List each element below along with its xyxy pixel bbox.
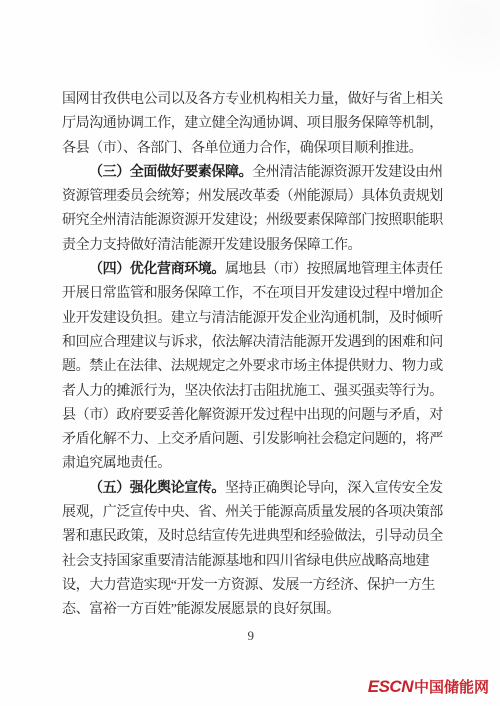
document-line: 设，大力营造实现“开发一方资源、发展一方经济、保护一方生 (62, 574, 440, 598)
document-line: （四）优化营商环境。属地县（市）按照属地管理主体责任 (62, 258, 440, 282)
text-segment: 各县（市）、各部门、各单位通力合作，确保项目顺利推进。 (62, 141, 422, 156)
text-segment: 肃追究属地责任。 (62, 456, 171, 471)
document-line: （三）全面做好要素保障。全州清洁能源资源开发建设由州 (62, 161, 440, 185)
escn-logo: ESCN中国储能网 (368, 677, 489, 697)
document-line: 署和惠民政策，及时总结宣传先进典型和经验做法，引导动员全 (62, 525, 440, 549)
document-line: 资源管理委员会统筹；州发展改革委（州能源局）具体负责规划 (62, 185, 440, 209)
escn-logo-zh: 中国储能网 (414, 679, 489, 696)
text-segment: 设，大力营造实现“开发一方资源、发展一方经济、保护一方生 (62, 578, 435, 593)
document-line: 肃追究属地责任。 (62, 452, 440, 476)
document-line: 业开发建设负担。建立与清洁能源开发企业沟通机制，及时倾听 (62, 307, 440, 331)
document-body: 国网甘孜供电公司以及各方专业机构相关力量，做好与省上相关厅局沟通协调工作，建立健… (62, 88, 440, 623)
document-line: 各县（市）、各部门、各单位通力合作，确保项目顺利推进。 (62, 137, 440, 161)
text-segment: 国网甘孜供电公司以及各方专业机构相关力量，做好与省上相关 (62, 92, 443, 107)
document-line: 责全力支持做好清洁能源开发建设服务保障工作。 (62, 234, 440, 258)
text-segment: 矛盾化解不力、上交矛盾问题、引发影响社会稳定问题的，将严 (62, 432, 443, 447)
text-segment: 坚持正确舆论导向，深入宣传安全发 (225, 481, 443, 496)
text-segment: 社会支持国家重要清洁能源基地和四川省绿电供应战略高地建 (62, 554, 429, 569)
text-segment: 厅局沟通协调工作，建立健全沟通协调、项目服务保障等机制， (62, 116, 443, 131)
document-line: 社会支持国家重要清洁能源基地和四川省绿电供应战略高地建 (62, 550, 440, 574)
text-segment: 全州清洁能源资源开发建设由州 (252, 165, 442, 180)
document-line: 研究全州清洁能源资源开发建设；州级要素保障部门按照职能职 (62, 209, 440, 233)
section-heading-text: （三）全面做好要素保障。 (89, 165, 252, 180)
document-page: 国网甘孜供电公司以及各方专业机构相关力量，做好与省上相关厅局沟通协调工作，建立健… (0, 0, 500, 706)
text-segment: 和回应合理建议与诉求，依法解决清洁能源开发遇到的困难和问 (62, 335, 443, 350)
document-line: 开展日常监管和服务保障工作，不在项目开发建设过程中增加企 (62, 282, 440, 306)
text-segment: 署和惠民政策，及时总结宣传先进典型和经验做法，引导动员全 (62, 529, 443, 544)
document-line: 展观，广泛宣传中央、省、州关于能源高质量发展的各项决策部 (62, 501, 440, 525)
text-segment: 业开发建设负担。建立与清洁能源开发企业沟通机制，及时倾听 (62, 311, 443, 326)
text-segment: 态、富裕一方百姓”能源发展愿景的良好氛围。 (62, 602, 340, 617)
document-line: 题。禁止在法律、法规规定之外要求市场主体提供财力、物力或 (62, 355, 440, 379)
escn-logo-en: ESCN (368, 677, 413, 696)
document-line: 者人力的摊派行为，坚决依法打击阻扰施工、强买强卖等行为。 (62, 380, 440, 404)
text-segment: 题。禁止在法律、法规规定之外要求市场主体提供财力、物力或 (62, 359, 443, 374)
text-segment: 责全力支持做好清洁能源开发建设服务保障工作。 (62, 238, 361, 253)
section-heading-text: （四）优化营商环境。 (89, 262, 225, 277)
text-segment: 研究全州清洁能源资源开发建设；州级要素保障部门按照职能职 (62, 213, 443, 228)
document-line: 和回应合理建议与诉求，依法解决清洁能源开发遇到的困难和问 (62, 331, 440, 355)
text-segment: 县（市）政府要妥善化解资源开发过程中出现的问题与矛盾，对 (62, 408, 443, 423)
document-line: （五）强化舆论宣传。坚持正确舆论导向，深入宣传安全发 (62, 477, 440, 501)
text-segment: 开展日常监管和服务保障工作，不在项目开发建设过程中增加企 (62, 286, 443, 301)
document-line: 国网甘孜供电公司以及各方专业机构相关力量，做好与省上相关 (62, 88, 440, 112)
section-heading-text: （五）强化舆论宣传。 (89, 481, 225, 496)
text-segment: 者人力的摊派行为，坚决依法打击阻扰施工、强买强卖等行为。 (62, 384, 443, 399)
document-line: 矛盾化解不力、上交矛盾问题、引发影响社会稳定问题的，将严 (62, 428, 440, 452)
text-segment: 属地县（市）按照属地管理主体责任 (225, 262, 443, 277)
page-number: 9 (62, 628, 440, 644)
document-line: 厅局沟通协调工作，建立健全沟通协调、项目服务保障等机制， (62, 112, 440, 136)
text-segment: 资源管理委员会统筹；州发展改革委（州能源局）具体负责规划 (62, 189, 443, 204)
text-segment: 展观，广泛宣传中央、省、州关于能源高质量发展的各项决策部 (62, 505, 443, 520)
document-line: 态、富裕一方百姓”能源发展愿景的良好氛围。 (62, 598, 440, 622)
document-line: 县（市）政府要妥善化解资源开发过程中出现的问题与矛盾，对 (62, 404, 440, 428)
